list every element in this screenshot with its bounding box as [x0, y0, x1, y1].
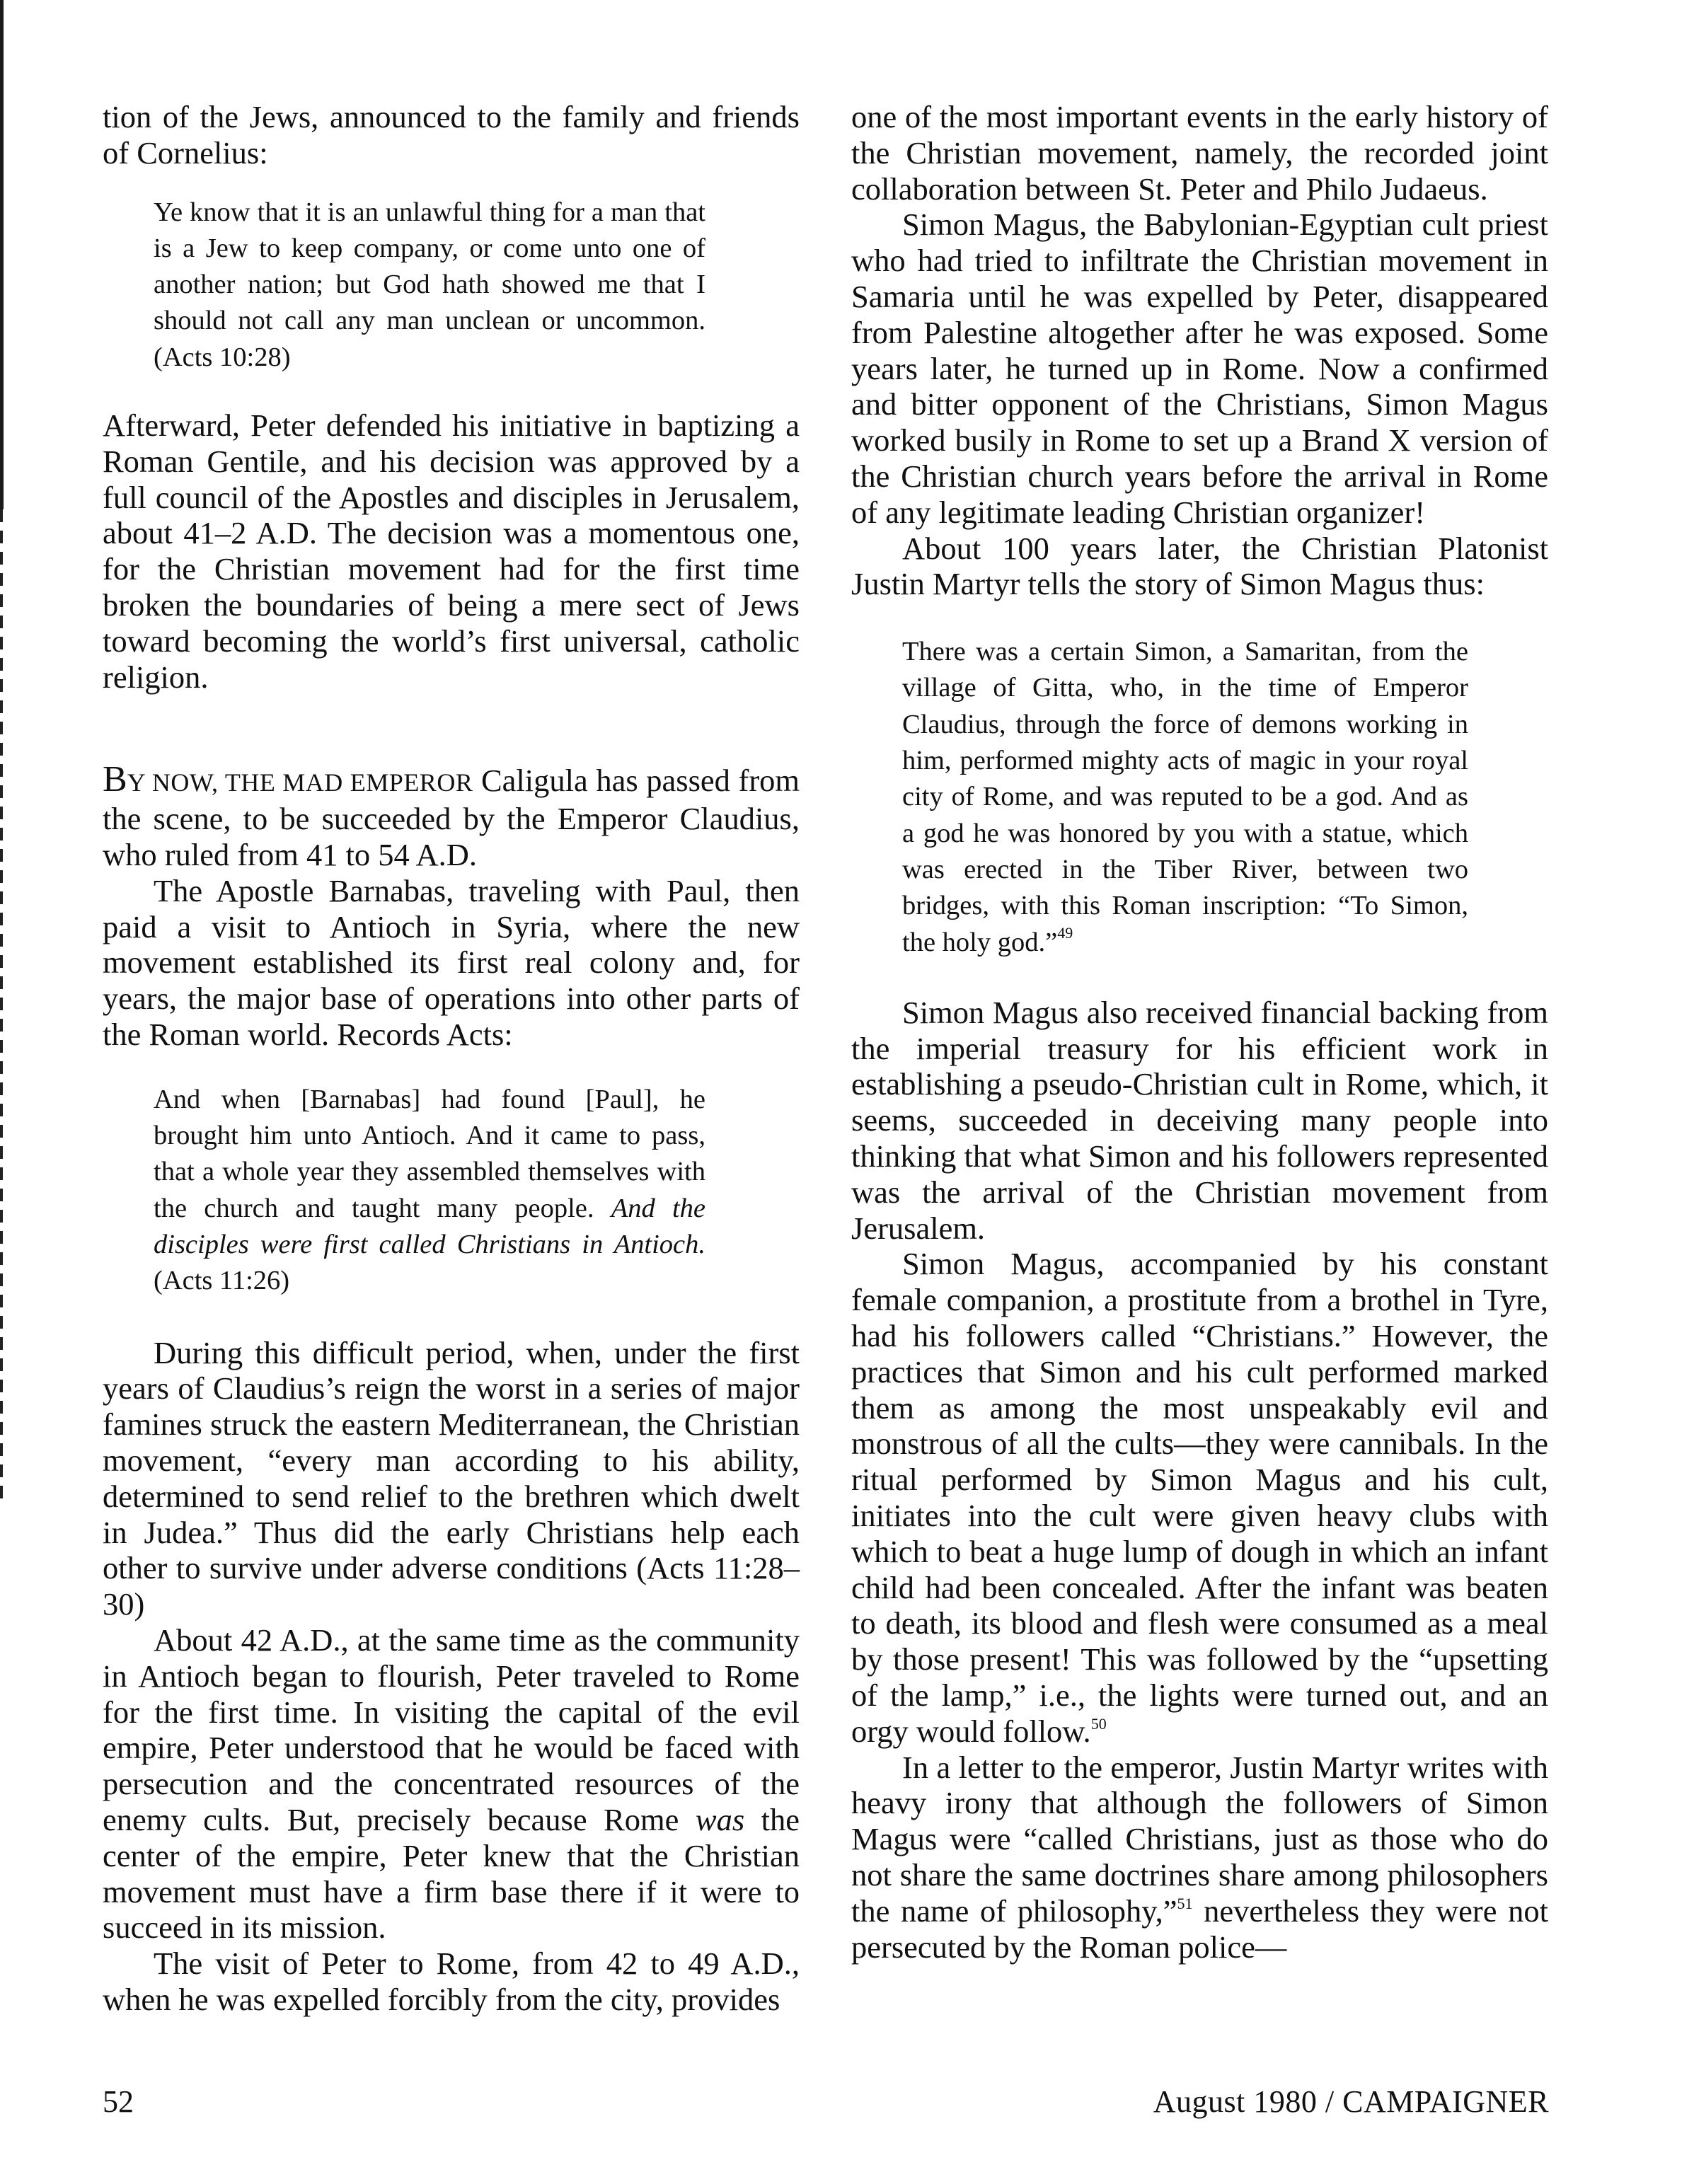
text: Simon Magus, accompanied by his constant…: [851, 1246, 1548, 1748]
block-quote-justin: There was a certain Simon, a Samaritan, …: [902, 634, 1468, 961]
scan-edge-mark: [0, 0, 4, 509]
footnote-ref-50: 50: [1091, 1715, 1107, 1733]
footnote-ref-49: 49: [1057, 924, 1073, 942]
paragraph-financial: Simon Magus also received financial back…: [851, 995, 1548, 1247]
paragraph-justin-martyr: About 100 years later, the Christian Pla…: [851, 531, 1548, 603]
running-footer: August 1980 / CAMPAIGNER: [1153, 2084, 1549, 2120]
left-column: tion of the Jews, announced to the famil…: [103, 99, 800, 2018]
paragraph-afterward: Afterward, Peter defended his initiative…: [103, 408, 800, 695]
paragraph-cult-practices: Simon Magus, accompanied by his constant…: [851, 1246, 1548, 1749]
page-number: 52: [103, 2084, 134, 2120]
block-quote-acts-11-26: And when [Barnabas] had found [Paul], he…: [154, 1082, 705, 1300]
paragraph-continued: tion of the Jews, announced to the famil…: [103, 99, 800, 171]
section-lead-paragraph: BY NOW, THE MAD EMPEROR Caligula has pas…: [103, 762, 800, 872]
lead-smallcaps: Y NOW, THE MAD EMPEROR: [127, 768, 473, 797]
paragraph-visit: The visit of Peter to Rome, from 42 to 4…: [103, 1946, 800, 2018]
block-quote-acts-10-28: Ye know that it is an unlawful thing for…: [154, 195, 705, 376]
footnote-ref-51: 51: [1177, 1895, 1193, 1912]
section-break: [103, 695, 800, 762]
scan-edge-dashes: [0, 509, 3, 1500]
emphasis-was: was: [696, 1802, 744, 1837]
quote-citation: (Acts 11:26): [154, 1266, 289, 1295]
quote-text: There was a certain Simon, a Samaritan, …: [902, 637, 1468, 957]
right-column: one of the most important events in the …: [851, 99, 1548, 1965]
lead-initial: B: [103, 759, 127, 799]
paragraph-continued: one of the most important events in the …: [851, 99, 1548, 207]
paragraph-barnabas: The Apostle Barnabas, traveling with Pau…: [103, 873, 800, 1053]
paragraph-peter-rome: About 42 A.D., at the same time as the c…: [103, 1622, 800, 1946]
paragraph-famine: During this difficult period, when, unde…: [103, 1335, 800, 1622]
paragraph-letter: In a letter to the emperor, Justin Marty…: [851, 1750, 1548, 1965]
paragraph-simon-magus: Simon Magus, the Babylonian-Egyptian cul…: [851, 207, 1548, 530]
